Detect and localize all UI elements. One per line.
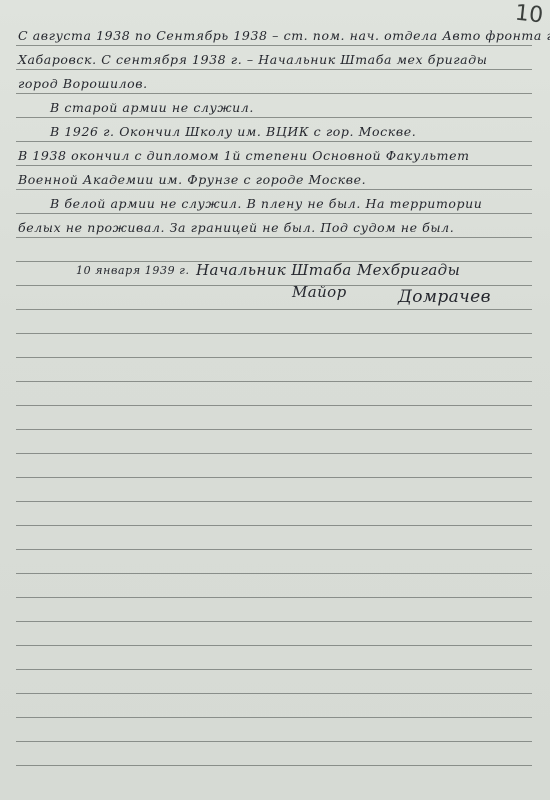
text-line-1: С августа 1938 по Сентябрь 1938 – ст. по… — [18, 28, 550, 43]
rule-line — [16, 621, 532, 622]
rule-line — [16, 597, 532, 598]
text-line-2: Хабаровск. С сентября 1938 г. – Начальни… — [18, 52, 488, 67]
rule-line — [16, 237, 532, 238]
rule-line — [16, 405, 532, 406]
rule-line — [16, 357, 532, 358]
text-line-9: белых не проживал. За границей не был. П… — [18, 220, 454, 235]
text-line-7: Военной Академии им. Фрунзе с городе Мос… — [18, 172, 366, 187]
text-line-6: В 1938 окончил с дипломом 1й степени Осн… — [18, 148, 470, 163]
rule-line — [16, 381, 532, 382]
text-line-5: В 1926 г. Окончил Школу им. ВЦИК с гор. … — [50, 124, 416, 139]
rule-line — [16, 189, 532, 190]
rule-line — [16, 117, 532, 118]
rule-line — [16, 285, 532, 286]
text-line-4: В старой армии не служил. — [50, 100, 254, 115]
rule-line — [16, 453, 532, 454]
text-line-8: В белой армии не служил. В плену не был.… — [50, 196, 482, 211]
archival-document-page: 10 С августа 1938 по Сентябрь 1938 – ст.… — [0, 0, 550, 800]
rule-line — [16, 477, 532, 478]
rule-line — [16, 741, 532, 742]
rule-line — [16, 549, 532, 550]
rule-line — [16, 93, 532, 94]
rule-line — [16, 693, 532, 694]
rule-line — [16, 669, 532, 670]
rule-line — [16, 765, 532, 766]
rule-line — [16, 141, 532, 142]
rule-line — [16, 645, 532, 646]
rule-line — [16, 525, 532, 526]
rule-line — [16, 69, 532, 70]
rule-line — [16, 213, 532, 214]
text-line-3: город Ворошилов. — [18, 76, 148, 91]
rule-line — [16, 333, 532, 334]
rule-line — [16, 45, 532, 46]
rule-line — [16, 573, 532, 574]
signature-name: Домрачев — [398, 287, 491, 307]
signature-rank: Майор — [292, 283, 347, 301]
signature-position: Начальник Штаба Мехбригады — [196, 261, 460, 279]
page-number: 10 — [514, 1, 544, 29]
signature-date: 10 января 1939 г. — [76, 264, 190, 277]
rule-line — [16, 717, 532, 718]
rule-line — [16, 429, 532, 430]
rule-line — [16, 165, 532, 166]
rule-line — [16, 501, 532, 502]
rule-line — [16, 309, 532, 310]
